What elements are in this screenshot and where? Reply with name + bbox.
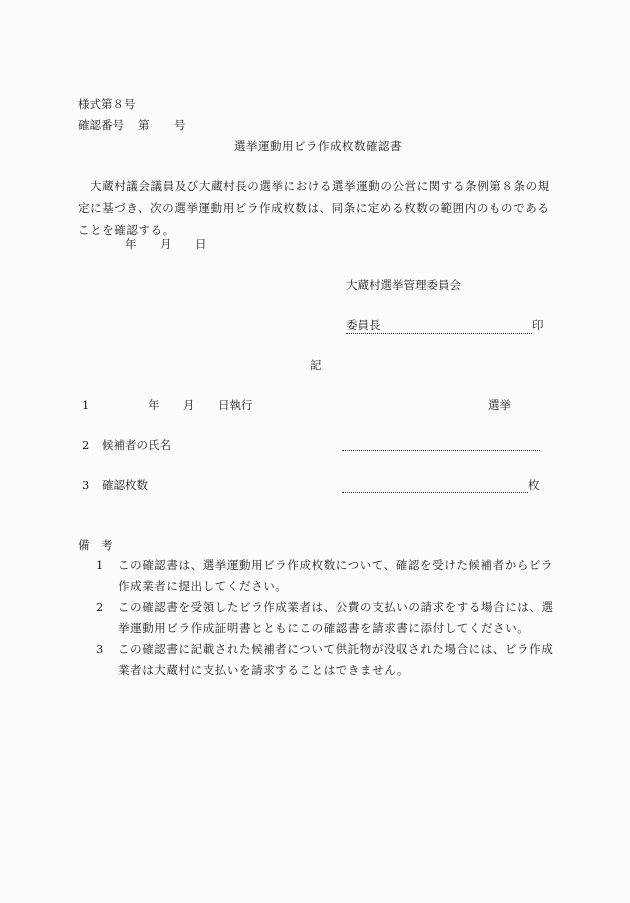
chair-label: 委員長 — [346, 317, 532, 334]
note-text: この確認書は、選挙運動用ビラ作成枚数について、確認を受けた候補者からビラ作成業者… — [118, 555, 556, 597]
note-text: この確認書を受領したビラ作成業者は、公費の支払いの請求をする場合には、選挙運動用… — [118, 597, 556, 639]
item-3-number: 3 — [82, 477, 89, 493]
item-1-year: 年 — [148, 397, 160, 413]
confirmation-number-go: 号 — [174, 117, 186, 133]
item-2-label: 候補者の氏名 — [102, 437, 171, 453]
item-1-election-suffix: 選挙 — [488, 397, 511, 413]
document-title: 選挙運動用ビラ作成枚数確認書 — [234, 138, 402, 154]
item-3-label: 確認枚数 — [102, 477, 148, 493]
note-number: 2 — [96, 597, 104, 618]
confirmation-number-label: 確認番号 — [78, 117, 124, 133]
item-1-day-exec: 日執行 — [218, 397, 253, 413]
date-day: 日 — [195, 236, 207, 252]
confirmed-count-field[interactable]: 枚 — [342, 477, 540, 493]
candidate-name-field[interactable] — [342, 437, 540, 455]
committee-name: 大蔵村選挙管理委員会 — [346, 277, 461, 293]
date-year: 年 — [125, 236, 137, 252]
note-item: 1 この確認書は、選挙運動用ビラ作成枚数について、確認を受けた候補者からビラ作成… — [96, 555, 556, 597]
body-paragraph: 大蔵村議会議員及び大蔵村長の選挙における選挙運動の公営に関する条例第８条の規定に… — [78, 175, 556, 241]
item-1-month: 月 — [183, 397, 195, 413]
note-text: この確認書に記載された候補者について供託物が没収された場合には、ビラ作成業者は大… — [118, 639, 556, 681]
count-unit: 枚 — [528, 478, 540, 492]
item-2-number: 2 — [82, 437, 89, 453]
form-number: 様式第８号 — [78, 96, 136, 112]
seal-mark: 印 — [532, 318, 544, 332]
notes-heading: 備 考 — [78, 537, 113, 553]
ki-heading: 記 — [310, 357, 322, 373]
date-month: 月 — [160, 236, 172, 252]
chair-signature-line[interactable]: 委員長印 — [346, 317, 544, 334]
note-number: 3 — [96, 639, 104, 660]
confirmation-number-dai: 第 — [138, 117, 150, 133]
note-number: 1 — [96, 555, 104, 576]
note-item: 2 この確認書を受領したビラ作成業者は、公費の支払いの請求をする場合には、選挙運… — [96, 597, 556, 639]
note-item: 3 この確認書に記載された候補者について供託物が没収された場合には、ビラ作成業者… — [96, 639, 556, 681]
item-1-number: 1 — [82, 397, 89, 413]
